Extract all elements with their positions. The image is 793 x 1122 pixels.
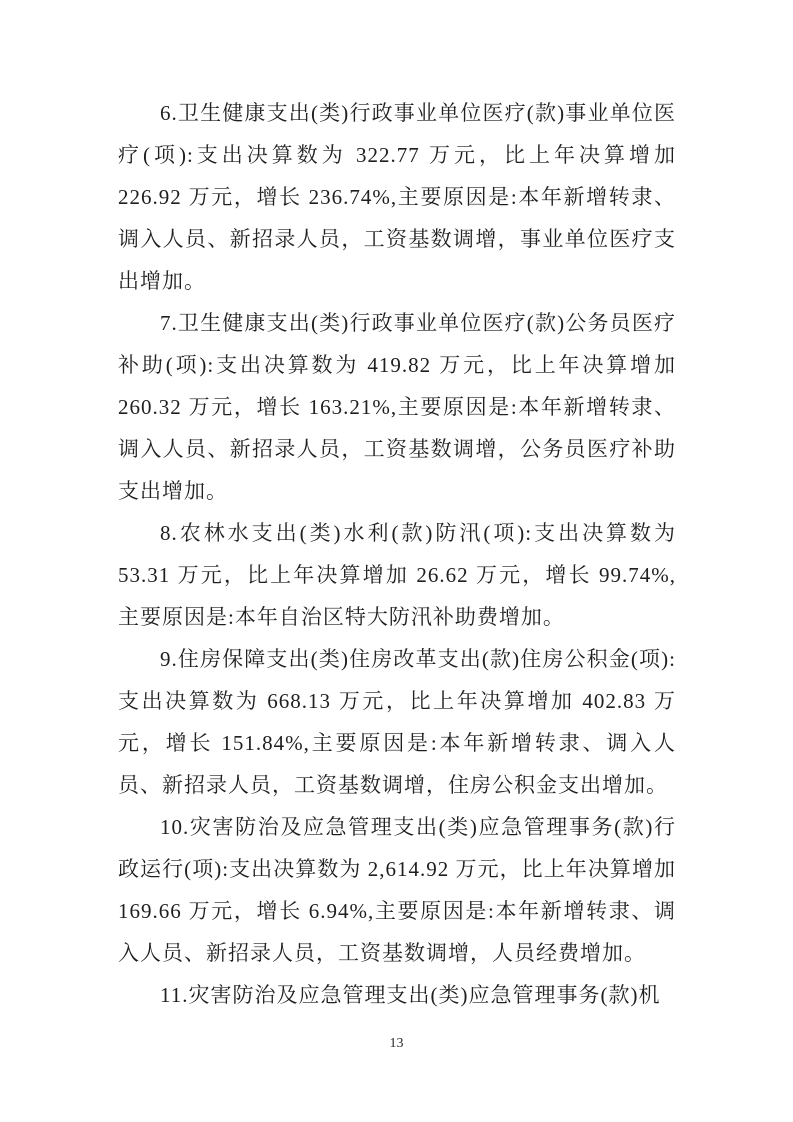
paragraph-item-8: 8.农林水支出(类)水利(款)防汛(项):支出决算数为 53.31 万元，比上年… [118,512,676,638]
paragraph-item-6: 6.卫生健康支出(类)行政事业单位医疗(款)事业单位医疗(项):支出决算数为 3… [118,92,676,302]
paragraph-item-7: 7.卫生健康支出(类)行政事业单位医疗(款)公务员医疗补助(项):支出决算数为 … [118,302,676,512]
paragraph-item-10: 10.灾害防治及应急管理支出(类)应急管理事务(款)行政运行(项):支出决算数为… [118,806,676,974]
page-number: 13 [390,1036,404,1051]
document-page: 6.卫生健康支出(类)行政事业单位医疗(款)事业单位医疗(项):支出决算数为 3… [0,0,793,1122]
page-footer: 13 [0,1034,793,1052]
paragraph-item-11: 11.灾害防治及应急管理支出(类)应急管理事务(款)机 [118,974,676,1016]
paragraph-item-9: 9.住房保障支出(类)住房改革支出(款)住房公积金(项):支出决算数为 668.… [118,638,676,806]
page-body: 6.卫生健康支出(类)行政事业单位医疗(款)事业单位医疗(项):支出决算数为 3… [118,92,676,1016]
